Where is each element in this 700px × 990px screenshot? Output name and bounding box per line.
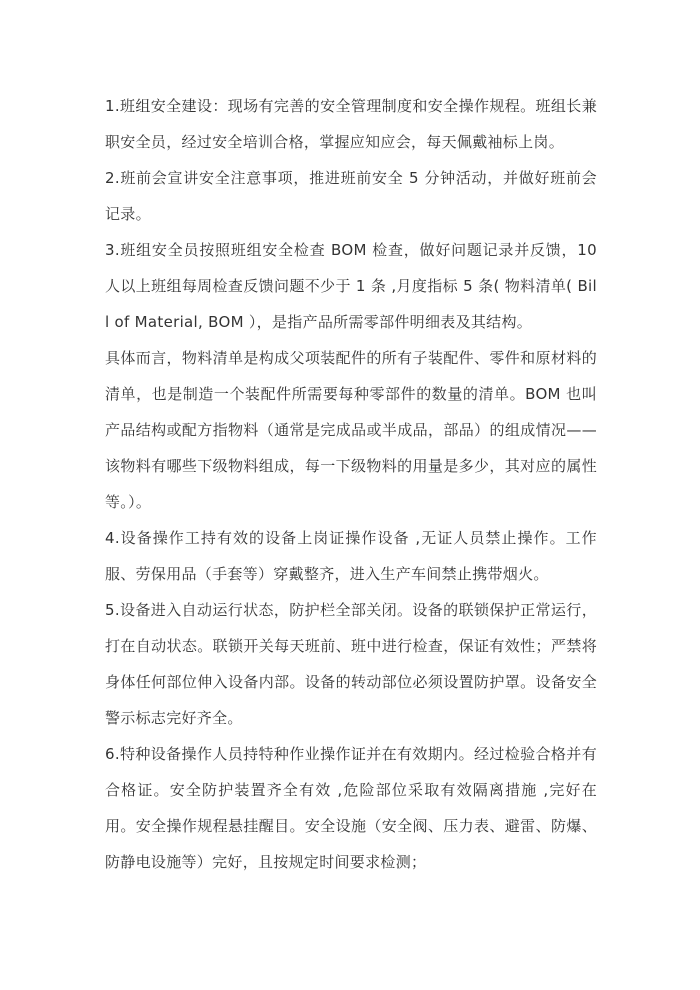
paragraph-special-equipment: 6.特种设备操作人员持特种作业操作证并在有效期内。经过检验合格并有合格证。安全防… — [105, 736, 597, 880]
paragraph-pre-shift-meeting: 2.班前会宣讲安全注意事项，推进班前安全 5 分钟活动，并做好班前会记录。 — [105, 160, 597, 232]
paragraph-bom-definition: 具体而言，物料清单是构成父项装配件的所有子装配件、零件和原材料的清单，也是制造一… — [105, 340, 597, 520]
document-page: 1.班组安全建设：现场有完善的安全管理制度和安全操作规程。班组长兼职安全员，经过… — [105, 88, 597, 880]
paragraph-bom-inspection: 3.班组安全员按照班组安全检查 BOM 检查，做好问题记录并反馈，10 人以上班… — [105, 232, 597, 340]
paragraph-equipment-operator-certificate: 4.设备操作工持有效的设备上岗证操作设备 ,无证人员禁止操作。工作服、劳保用品（… — [105, 520, 597, 592]
paragraph-automatic-operation: 5.设备进入自动运行状态，防护栏全部关闭。设备的联锁保护正常运行，打在自动状态。… — [105, 592, 597, 736]
paragraph-team-safety-construction: 1.班组安全建设：现场有完善的安全管理制度和安全操作规程。班组长兼职安全员，经过… — [105, 88, 597, 160]
